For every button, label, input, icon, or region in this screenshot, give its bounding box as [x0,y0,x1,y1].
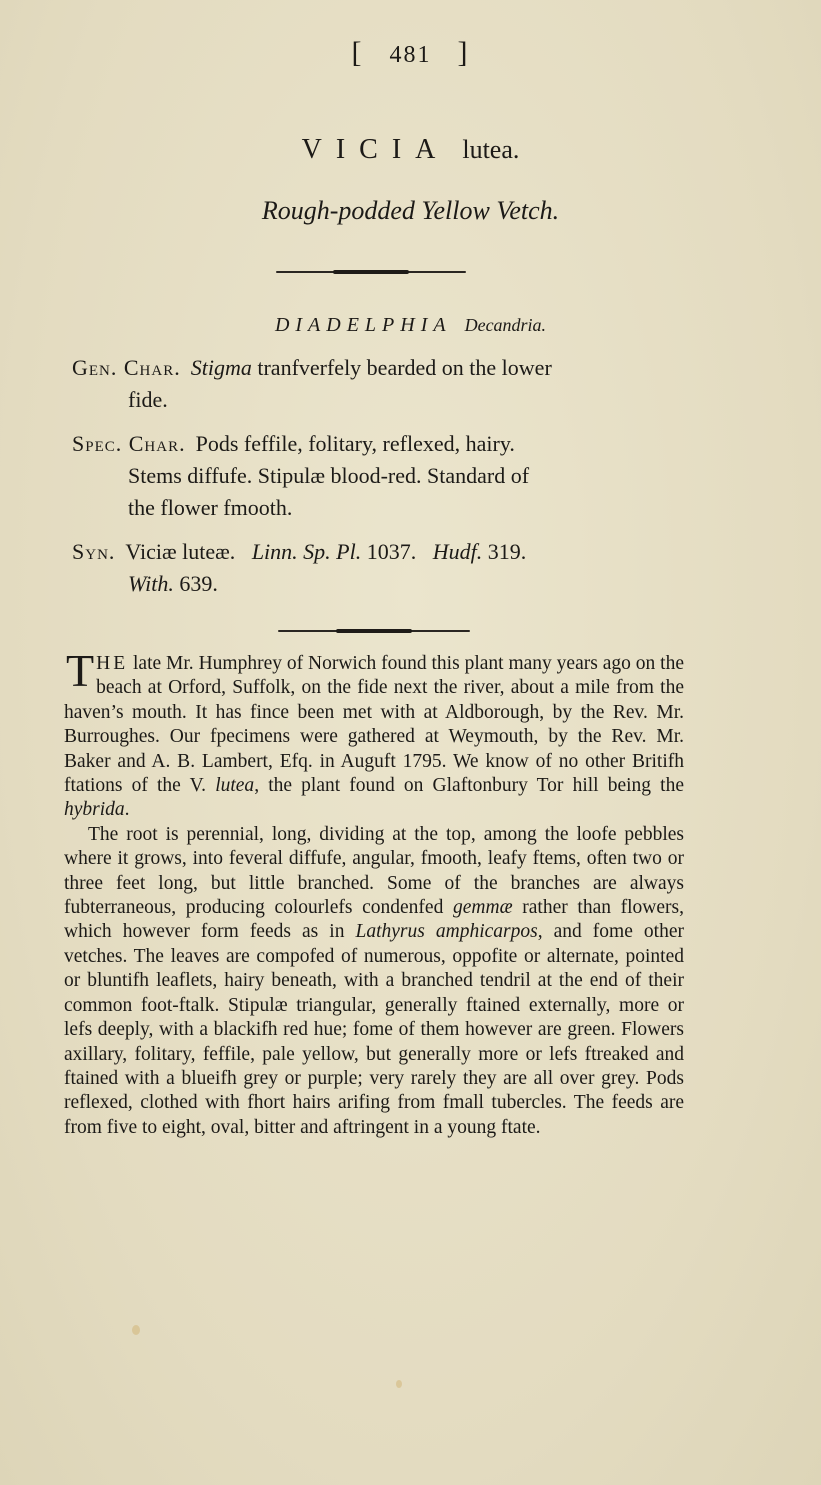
spec-char-text-3: the flower fmooth. [72,492,692,524]
syn-ref2-author: Hudf. [433,539,483,564]
gen-char-label: Gen. Char. [72,355,181,380]
divider-rule [276,271,466,273]
text-span: . [125,799,130,820]
page-number-value: 481 [390,42,432,68]
gen-char-text-cont: fide. [72,384,692,416]
italic-term: lutea [215,775,254,796]
syn-name: Viciæ luteæ. [125,539,235,564]
paragraph-habitat: THE late Mr. Humphrey of Norwich found t… [64,652,684,823]
italic-term: hybrida [64,799,125,820]
order-name: Decandria. [465,315,546,335]
syn-ref2-page: 319. [488,539,527,564]
foxing-spot [396,1380,402,1388]
syn-label: Syn. [72,539,115,564]
gen-char-term: Stigma [191,355,252,380]
divider-rule [278,630,470,632]
spec-char-text: Pods feffile, folitary, reflexed, hairy. [196,431,515,456]
text-span: , and fome other vetches. The leaves are… [64,921,684,1137]
generic-character: Gen. Char.Stigma tranfverfely bearded on… [72,352,692,416]
bracket-close: ] [458,36,470,69]
page-title: VICIA lutea. [0,134,821,166]
page-number: [481] [0,36,821,70]
class-name: DIADELPHIA [275,314,452,336]
species-name: lutea. [462,135,519,164]
spec-char-label: Spec. Char. [72,431,186,456]
italic-term: Lathyrus amphicarpos [355,921,537,942]
syn-ref3: With. 639. [72,568,692,600]
foxing-spot [132,1325,140,1335]
linnaean-classification: DIADELPHIA Decandria. [0,314,821,337]
syn-ref3-page: 639. [179,571,218,596]
paragraph-description: The root is perennial, long, dividing at… [64,823,684,1140]
italic-term: gemmæ [453,897,513,918]
specific-character: Spec. Char.Pods feffile, folitary, refle… [72,428,692,524]
syn-ref3-author: With. [128,571,174,596]
description-text: THE late Mr. Humphrey of Norwich found t… [64,652,684,1140]
syn-ref1-author: Linn. Sp. Pl. [252,539,361,564]
gen-char-text: tranfverfely bearded on the lower [252,355,552,380]
common-name: Rough-podded Yellow Vetch. [0,196,821,226]
synonymy: Syn.Viciæ luteæ. Linn. Sp. Pl. 1037. Hud… [72,536,692,600]
spec-char-text-2: Stems diffufe. Stipulæ blood-red. Standa… [72,460,692,492]
syn-ref1-page: 1037. [367,539,417,564]
book-page: [481] VICIA lutea. Rough-podded Yellow V… [0,0,821,1485]
genus-name: VICIA [302,134,450,165]
drop-cap: T [66,652,94,690]
first-word: HE [96,653,128,674]
text-span: , the plant found on Glaftonbury Tor hil… [254,775,684,796]
bracket-open: [ [352,36,364,69]
